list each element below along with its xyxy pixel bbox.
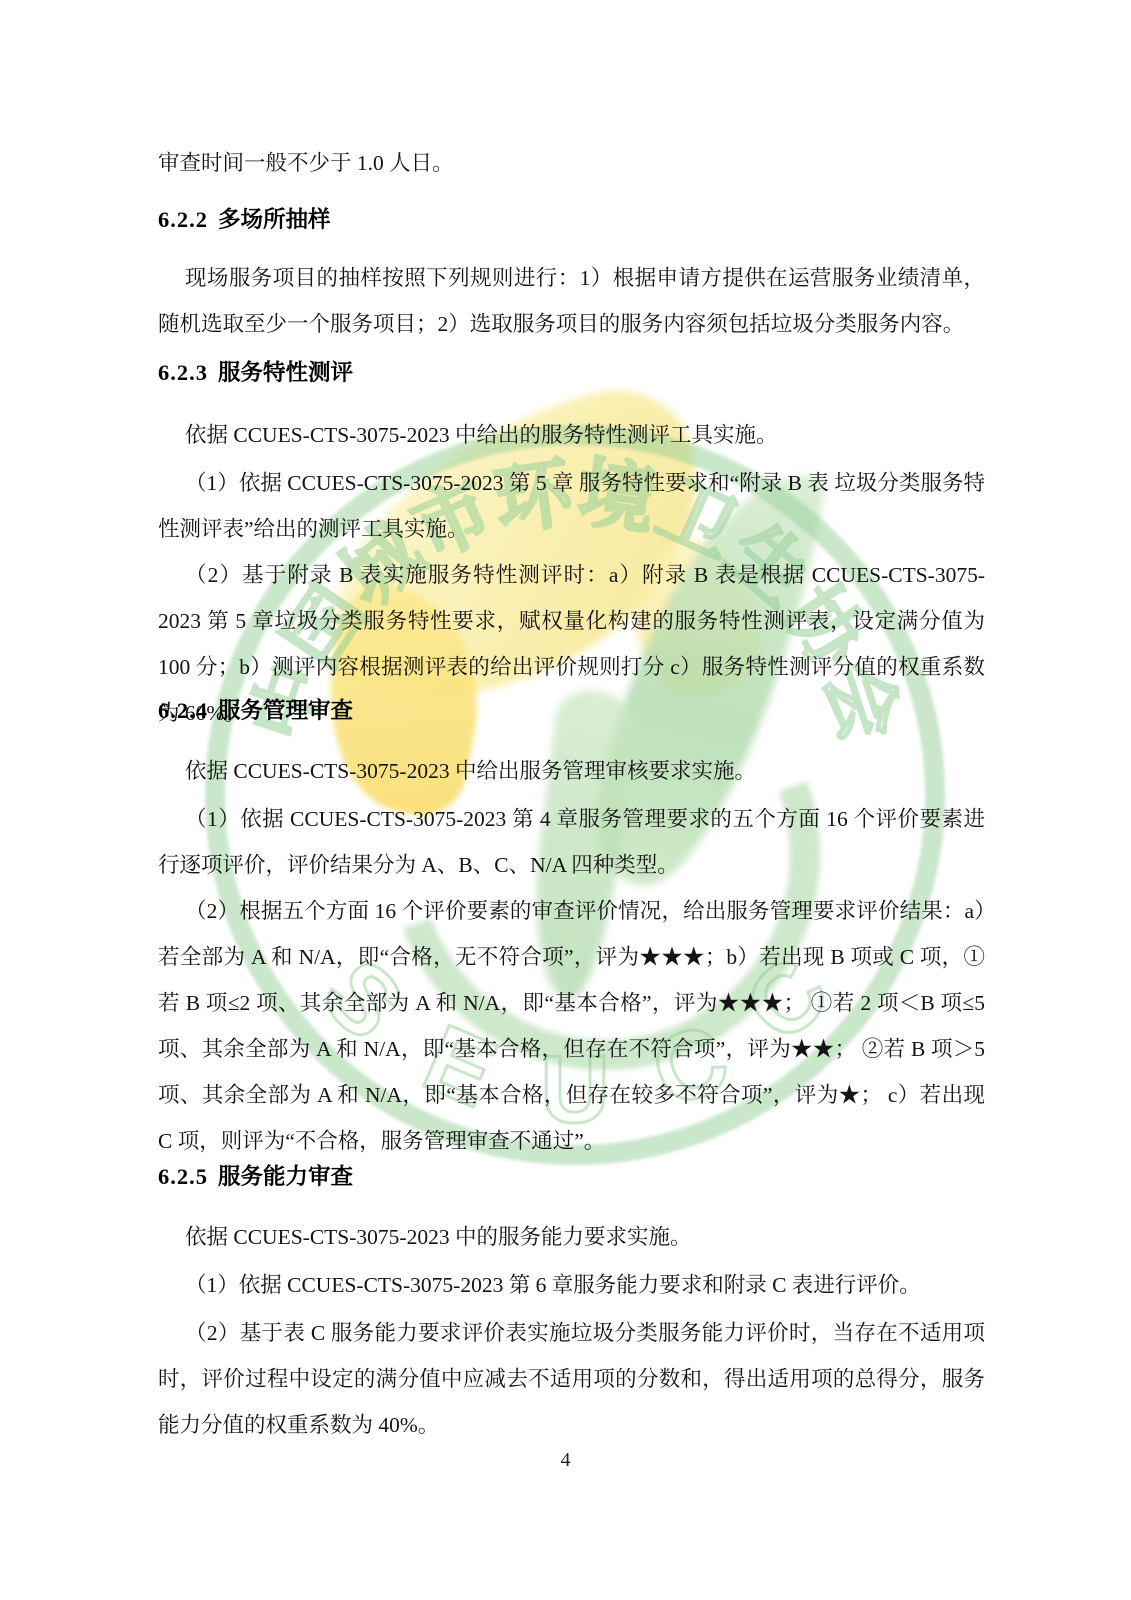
page-number: 4 — [0, 1448, 1131, 1472]
heading-title: 服务管理审查 — [218, 698, 353, 723]
heading-title: 服务特性测评 — [218, 360, 353, 385]
paragraph: 依据 CCUES-CTS-3075-2023 中的服务能力要求实施。 — [158, 1214, 985, 1260]
paragraph-text: 现场服务项目的抽样按照下列规则进行：1）根据申请方提供在运营服务业绩清单，随机选… — [158, 255, 985, 347]
paragraph: 依据 CCUES-CTS-3075-2023 中给出服务管理审核要求实施。 — [158, 748, 985, 794]
heading-number: 6.2.4 — [158, 698, 208, 723]
paragraph-text: 审查时间一般不少于 1.0 人日。 — [158, 140, 985, 186]
section-heading-6-2-2: 6.2.2多场所抽样 — [158, 205, 985, 235]
paragraph-text: 依据 CCUES-CTS-3075-2023 中给出服务管理审核要求实施。 — [158, 748, 985, 794]
paragraph: （2）基于表 C 服务能力要求评价表实施垃圾分类服务能力评价时，当存在不适用项时… — [158, 1310, 985, 1448]
paragraph-text: （1）依据 CCUES-CTS-3075-2023 第 4 章服务管理要求的五个… — [158, 796, 985, 888]
paragraph: 现场服务项目的抽样按照下列规则进行：1）根据申请方提供在运营服务业绩清单，随机选… — [158, 255, 985, 347]
paragraph-text: （2）基于表 C 服务能力要求评价表实施垃圾分类服务能力评价时，当存在不适用项时… — [158, 1310, 985, 1448]
paragraph: （1）依据 CCUES-CTS-3075-2023 第 4 章服务管理要求的五个… — [158, 796, 985, 888]
heading-number: 6.2.5 — [158, 1164, 208, 1189]
paragraph: （2）根据五个方面 16 个评价要素的审查评价情况，给出服务管理要求评价结果：a… — [158, 888, 985, 1164]
paragraph: 依据 CCUES-CTS-3075-2023 中给出的服务特性测评工具实施。 — [158, 412, 985, 458]
paragraph-text: （1）依据 CCUES-CTS-3075-2023 第 6 章服务能力要求和附录… — [158, 1262, 985, 1308]
paragraph-text: 依据 CCUES-CTS-3075-2023 中给出的服务特性测评工具实施。 — [158, 412, 985, 458]
heading-number: 6.2.2 — [158, 207, 208, 232]
paragraph-text: （2）根据五个方面 16 个评价要素的审查评价情况，给出服务管理要求评价结果：a… — [158, 888, 985, 1164]
section-heading-6-2-5: 6.2.5服务能力审查 — [158, 1162, 985, 1192]
heading-title: 服务能力审查 — [218, 1164, 353, 1189]
document-page: 中国城市环境卫生协会 CCUES 审查时间一般不少于 1.0 人日。 6.2.2… — [0, 0, 1131, 1600]
paragraph-text: （1）依据 CCUES-CTS-3075-2023 第 5 章 服务特性要求和“… — [158, 460, 985, 552]
paragraph: （1）依据 CCUES-CTS-3075-2023 第 6 章服务能力要求和附录… — [158, 1262, 985, 1308]
heading-number: 6.2.3 — [158, 360, 208, 385]
paragraph-text: 依据 CCUES-CTS-3075-2023 中的服务能力要求实施。 — [158, 1214, 985, 1260]
section-heading-6-2-3: 6.2.3服务特性测评 — [158, 358, 985, 388]
heading-title: 多场所抽样 — [218, 207, 331, 232]
section-heading-6-2-4: 6.2.4服务管理审查 — [158, 696, 985, 726]
paragraph: 审查时间一般不少于 1.0 人日。 — [158, 140, 985, 186]
paragraph: （1）依据 CCUES-CTS-3075-2023 第 5 章 服务特性要求和“… — [158, 460, 985, 552]
